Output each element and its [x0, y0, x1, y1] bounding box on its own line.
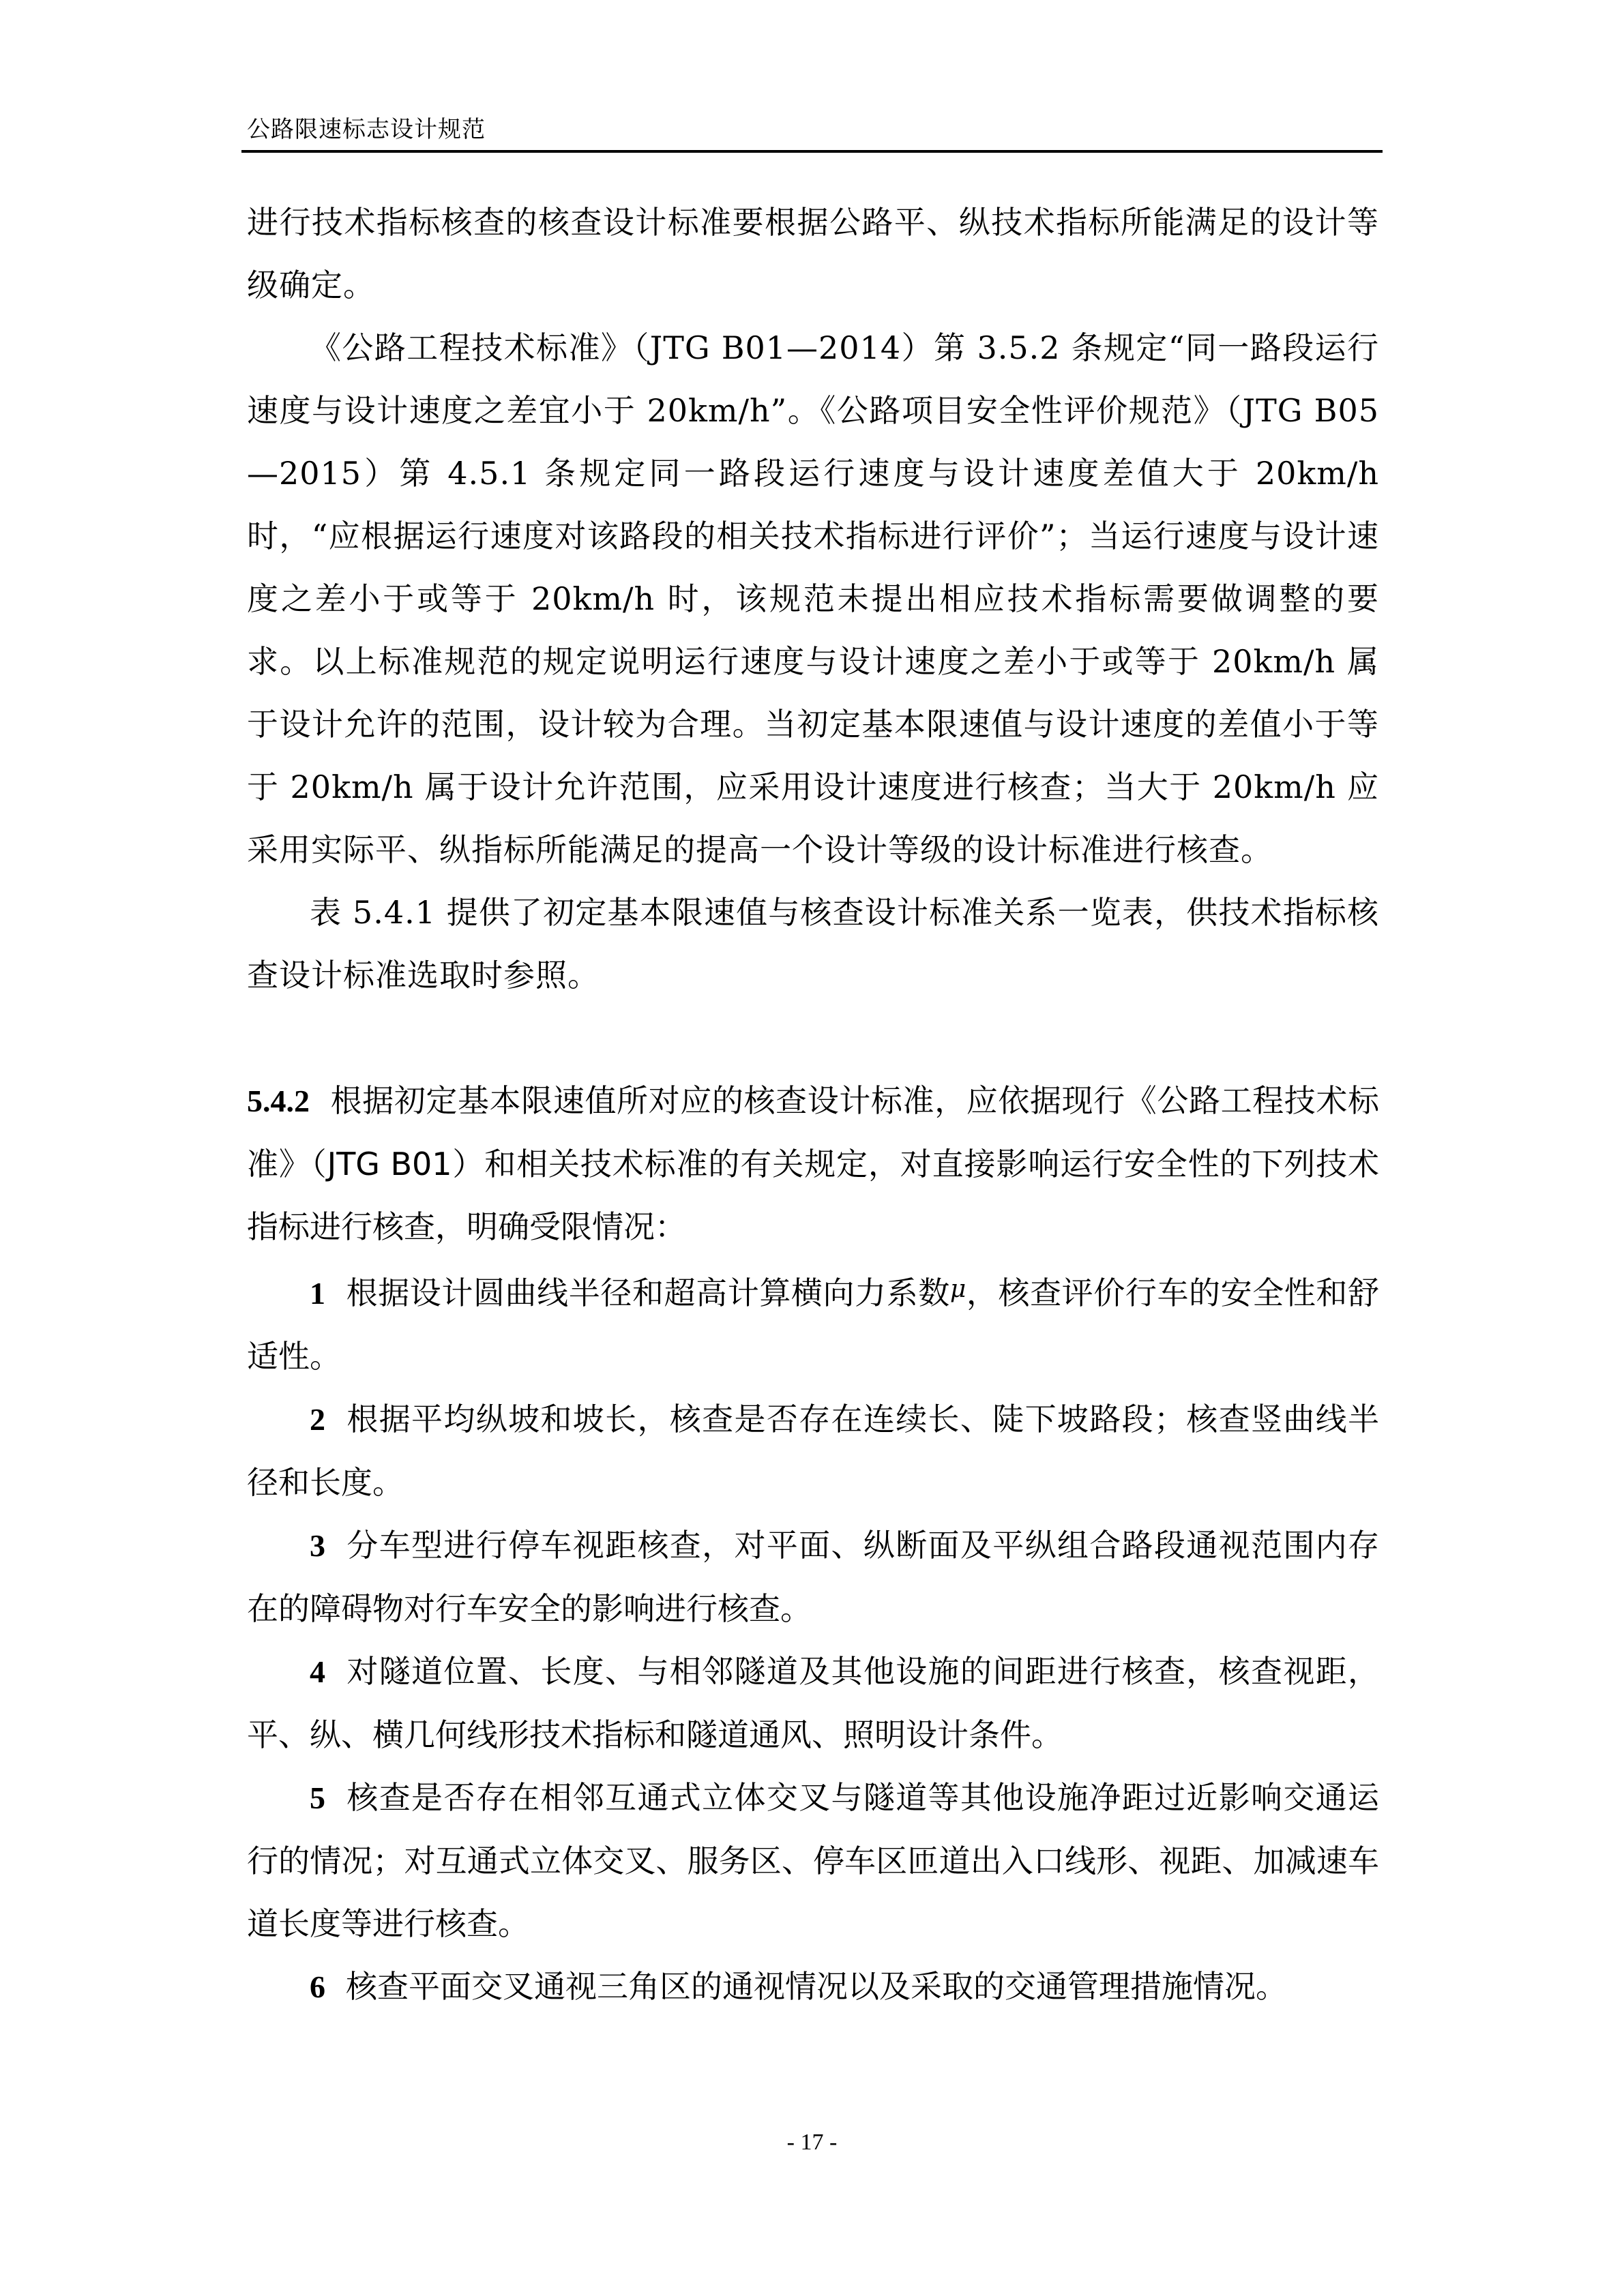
list-item-5: 5核查是否存在相邻互通式立体交叉与隧道等其他设施净距过近影响交通运行的情况；对互…	[247, 1766, 1379, 1955]
running-header-title: 公路限速标志设计规范	[247, 115, 486, 145]
list-item-6: 6核查平面交叉通视三角区的通视情况以及采取的交通管理措施情况。	[247, 1955, 1379, 2018]
list-item-1: 1根据设计圆曲线半径和超高计算横向力系数μ，核查评价行车的安全性和舒适性。	[247, 1258, 1379, 1388]
mu-symbol: μ	[950, 1275, 966, 1303]
paragraph-table-reference: 表 5.4.1 提供了初定基本限速值与核查设计标准关系一览表，供技术指标核查设计…	[247, 881, 1379, 1007]
item-text-before: 根据设计圆曲线半径和超高计算横向力系数	[346, 1274, 950, 1311]
item-text: 分车型进行停车视距核查，对平面、纵断面及平纵组合路段通视范围内存在的障碍物对行车…	[247, 1527, 1379, 1627]
item-text: 对隧道位置、长度、与相邻隧道及其他设施的间距进行核查，核查视距，平、纵、横几何线…	[247, 1653, 1379, 1753]
clause-text: 根据初定基本限速值所对应的核查设计标准，应依据现行《公路工程技术标准》（JTG …	[247, 1082, 1379, 1245]
item-number: 2	[310, 1402, 325, 1437]
list-item-4: 4对隧道位置、长度、与相邻隧道及其他设施的间距进行核查，核查视距，平、纵、横几何…	[247, 1640, 1379, 1766]
paragraph-continuation: 进行技术指标核查的核查设计标准要根据公路平、纵技术指标所能满足的设计等级确定。	[247, 191, 1379, 316]
list-item-2: 2根据平均纵坡和坡长，核查是否存在连续长、陡下坡路段；核查竖曲线半径和长度。	[247, 1388, 1379, 1514]
clause-number: 5.4.2	[247, 1084, 310, 1118]
page-body: 进行技术指标核查的核查设计标准要根据公路平、纵技术指标所能满足的设计等级确定。 …	[247, 191, 1379, 2018]
item-number: 3	[310, 1528, 325, 1563]
item-number: 5	[310, 1780, 325, 1815]
item-text: 根据平均纵坡和坡长，核查是否存在连续长、陡下坡路段；核查竖曲线半径和长度。	[247, 1401, 1379, 1501]
paragraph-standards-reference: 《公路工程技术标准》（JTG B01—2014）第 3.5.2 条规定“同一路段…	[247, 316, 1379, 881]
page-number: - 17 -	[0, 2129, 1624, 2156]
header-rule	[241, 150, 1383, 153]
item-number: 6	[310, 1969, 325, 2004]
item-number: 1	[310, 1276, 325, 1311]
item-text: 核查是否存在相邻互通式立体交叉与隧道等其他设施净距过近影响交通运行的情况；对互通…	[247, 1779, 1379, 1942]
item-number: 4	[310, 1654, 325, 1689]
clause-5-4-2: 5.4.2根据初定基本限速值所对应的核查设计标准，应依据现行《公路工程技术标准》…	[247, 1069, 1379, 1258]
list-item-3: 3分车型进行停车视距核查，对平面、纵断面及平纵组合路段通视范围内存在的障碍物对行…	[247, 1514, 1379, 1640]
item-text: 核查平面交叉通视三角区的通视情况以及采取的交通管理措施情况。	[346, 1968, 1287, 2005]
